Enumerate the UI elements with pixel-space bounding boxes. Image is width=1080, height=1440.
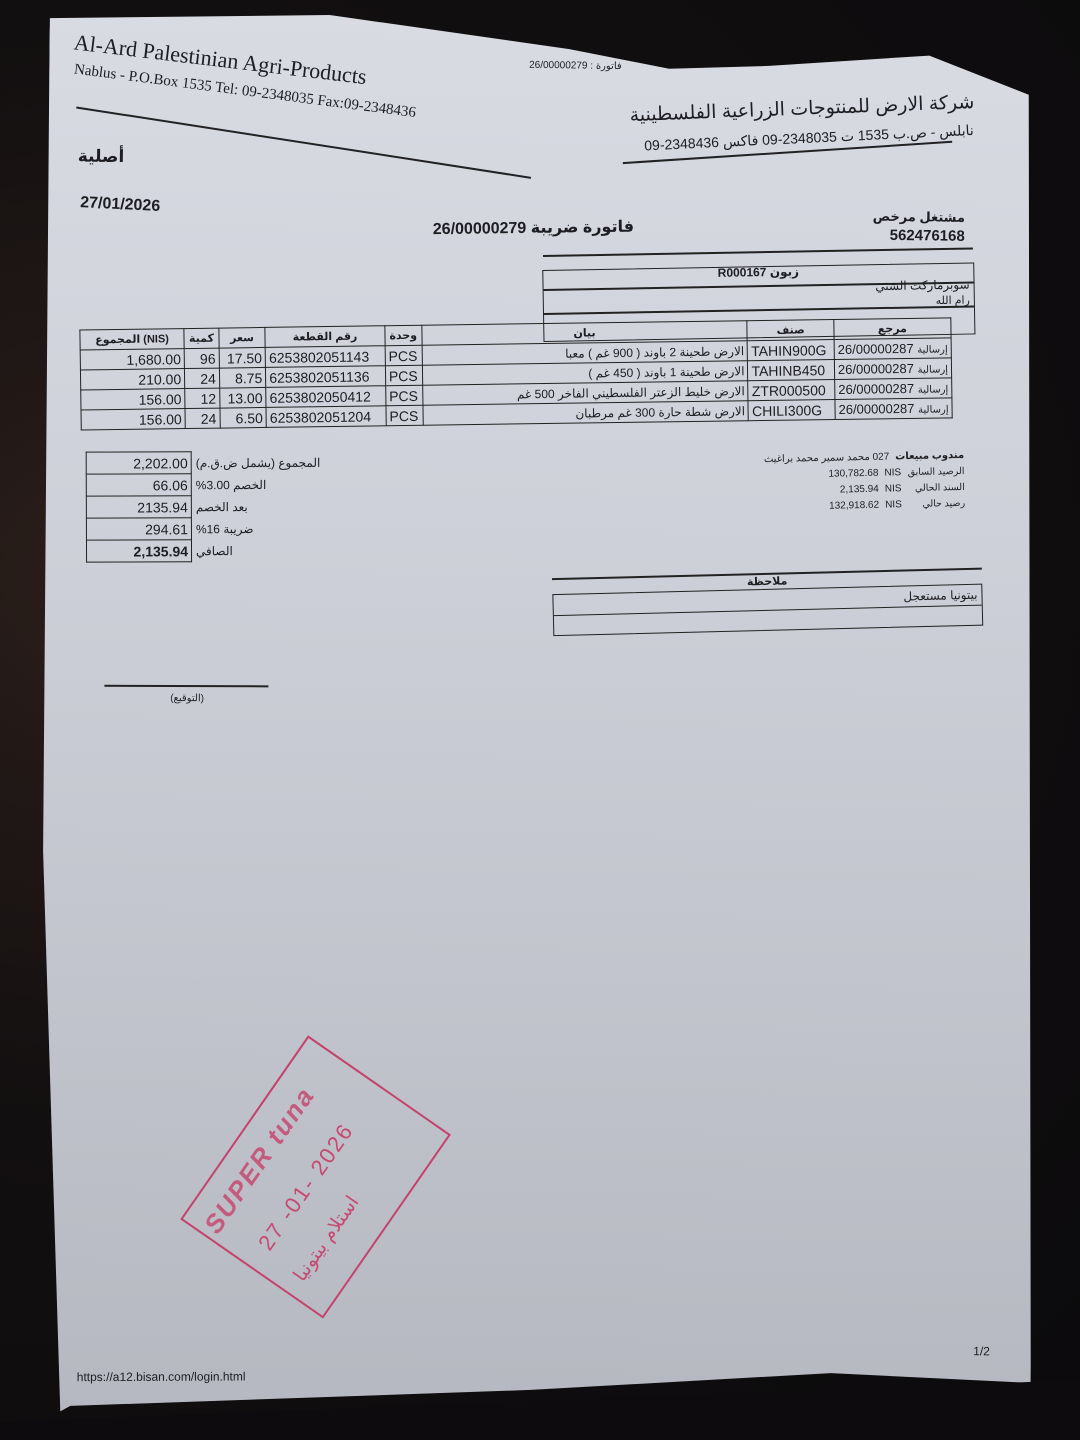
licensed-dealer-number: 562476168 xyxy=(890,227,965,245)
customer-box-divider xyxy=(544,305,974,314)
balance-label: رصيد حالي xyxy=(913,497,965,509)
totals-table: 2,202.00 المجموع (يشمل ض.ق.م) 66.06 الخص… xyxy=(86,451,323,563)
row-reference-number: 26/00000287 xyxy=(838,401,914,417)
row-reference-number: 26/00000287 xyxy=(838,381,914,397)
phone-number: 09-2348035 xyxy=(762,128,837,148)
salesman-label: مندوب مبيعات xyxy=(895,449,964,461)
row-total: 156.00 xyxy=(81,409,185,430)
customer-box-topline xyxy=(543,247,973,256)
row-qty: 12 xyxy=(185,388,220,408)
row-barcode: 6253802050412 xyxy=(266,386,386,408)
signature-line xyxy=(104,685,268,688)
row-price: 13.00 xyxy=(219,387,266,408)
items-table-wrapper: المجموع (NIS) كمية سعر رقم القطعة وحدة ب… xyxy=(79,317,952,430)
tax-label: ضريبة 16% xyxy=(191,517,322,539)
row-unit: PCS xyxy=(386,405,423,426)
col-price: سعر xyxy=(219,327,266,348)
after-discount-value: 2135.94 xyxy=(86,496,191,518)
discount-value: 66.06 xyxy=(86,474,191,496)
discount-label: الخصم 3.00% xyxy=(191,473,322,495)
company-name-ar: شركة الارض للمنتوجات الزراعية الفلسطينية xyxy=(629,91,975,127)
fax-label-ar: فاكس xyxy=(723,132,759,150)
licensed-dealer-label: مشتغل مرخص xyxy=(873,209,966,226)
row-price: 17.50 xyxy=(219,347,266,368)
row-price: 8.75 xyxy=(219,367,266,388)
col-qty: كمية xyxy=(184,328,219,348)
row-reference-type: إرسالية xyxy=(917,364,948,375)
items-table: المجموع (NIS) كمية سعر رقم القطعة وحدة ب… xyxy=(79,317,952,430)
customer-city: رام الله xyxy=(936,294,970,308)
totals-block: 2,202.00 المجموع (يشمل ض.ق.م) 66.06 الخص… xyxy=(86,451,323,563)
balance-amount: 2,135.94 xyxy=(809,483,879,495)
col-unit: وحدة xyxy=(385,325,422,346)
totals-row-net: 2,135.94 الصافي xyxy=(86,539,322,562)
row-barcode: 6253802051143 xyxy=(265,346,385,368)
stamp-brand: SUPER tuna xyxy=(198,1081,321,1240)
row-reference-number: 26/00000287 xyxy=(838,341,914,357)
invoice-paper: Al-Ard Palestinian Agri-Products Nablus … xyxy=(30,11,1049,1425)
balance-currency: NIS xyxy=(885,499,907,510)
tax-value: 294.61 xyxy=(86,518,191,540)
row-total: 1,680.00 xyxy=(80,349,184,370)
row-reference-type: إرسالية xyxy=(917,344,948,355)
invoice-date: 27/01/2026 xyxy=(80,194,161,216)
subtotal-label: المجموع (يشمل ض.ق.م) xyxy=(191,451,322,473)
row-reference-type: إرسالية xyxy=(918,384,949,395)
footer-url: https://a12.bisan.com/login.html xyxy=(77,1369,246,1384)
row-reference: إرسالية 26/00000287 xyxy=(834,338,951,360)
row-item-code: TAHIN900G xyxy=(748,339,835,360)
balance-currency: NIS xyxy=(885,483,907,494)
copy-type-label: أصلية xyxy=(78,146,125,167)
row-qty: 96 xyxy=(184,348,219,368)
invoice-reference-label: فاتورة : xyxy=(590,61,622,72)
invoice-reference: فاتورة : 26/00000279 xyxy=(529,60,622,72)
net-value: 2,135.94 xyxy=(86,540,191,562)
col-reference: مرجع xyxy=(834,318,951,340)
balance-row: 132,918.62NISرصيد حالي xyxy=(765,495,966,515)
customer-id-label: زبون xyxy=(770,265,799,280)
row-qty: 24 xyxy=(185,408,220,428)
net-label: الصافي xyxy=(191,539,322,561)
notes-divider xyxy=(554,604,982,616)
col-total: المجموع (NIS) xyxy=(80,329,184,350)
row-reference: إرسالية 26/00000287 xyxy=(834,358,951,380)
totals-row-discount: 66.06 الخصم 3.00% xyxy=(86,473,322,496)
after-discount-label: بعد الخصم xyxy=(191,495,322,517)
row-qty: 24 xyxy=(185,368,220,388)
fax-number: 09-2348436 xyxy=(644,134,719,154)
notes-text: بيتونيا مستعجل xyxy=(903,587,977,603)
row-reference: إرسالية 26/00000287 xyxy=(835,378,952,400)
row-item-code: CHILI300G xyxy=(748,399,835,420)
row-barcode: 6253802051204 xyxy=(266,406,386,428)
invoice-title: فاتورة ضريبة 26/00000279 xyxy=(433,217,634,239)
row-reference-type: إرسالية xyxy=(918,404,949,415)
balances-block: مندوب مبيعات 027 محمد سمير محمد براغيث 1… xyxy=(764,447,966,515)
balance-currency: NIS xyxy=(884,467,906,478)
notes-box: ملاحظة بيتونيا مستعجل xyxy=(552,583,983,635)
row-item-code: ZTR000500 xyxy=(748,379,835,400)
page-number: 1/2 xyxy=(973,1344,990,1358)
balance-label: السند الحالي xyxy=(913,481,965,493)
customer-id-value: R000167 xyxy=(718,265,767,280)
row-reference-number: 26/00000287 xyxy=(838,361,914,377)
address-prefix-ar: نابلس - ص.ب 1535 ت xyxy=(841,122,975,144)
col-barcode: رقم القطعة xyxy=(265,326,385,348)
totals-row-tax: 294.61 ضريبة 16% xyxy=(86,517,322,540)
row-total: 156.00 xyxy=(81,389,185,410)
invoice-reference-number: 26/00000279 xyxy=(529,60,588,72)
row-unit: PCS xyxy=(385,365,422,386)
row-unit: PCS xyxy=(386,385,423,406)
row-unit: PCS xyxy=(385,345,422,366)
row-price: 6.50 xyxy=(220,407,267,428)
customer-name: سوبرماركت الشني xyxy=(875,278,969,294)
col-item-code: صنف xyxy=(747,319,834,340)
invoice-number: 26/00000279 xyxy=(433,220,527,238)
balance-amount: 130,782.68 xyxy=(808,467,878,479)
row-description: الارض شطة حارة 300 غم مرطبان xyxy=(423,401,749,426)
row-total: 210.00 xyxy=(80,369,184,390)
totals-row-after-discount: 2135.94 بعد الخصم xyxy=(86,495,322,518)
row-reference: إرسالية 26/00000287 xyxy=(835,398,952,420)
signature-label: (التوقيع) xyxy=(170,693,204,704)
invoice-title-label: فاتورة ضريبة xyxy=(531,219,634,237)
received-stamp: SUPER tuna 27 -01- 2026 استلام بيتونيا xyxy=(180,1035,451,1318)
balance-label: الرصيد السابق xyxy=(912,465,964,477)
header-divider-left xyxy=(76,106,531,178)
subtotal-value: 2,202.00 xyxy=(86,452,191,474)
notes-block: ملاحظة بيتونيا مستعجل xyxy=(552,568,983,636)
totals-row-subtotal: 2,202.00 المجموع (يشمل ض.ق.م) xyxy=(86,451,322,474)
balance-amount: 132,918.62 xyxy=(809,499,879,511)
row-item-code: TAHINB450 xyxy=(748,359,835,380)
row-barcode: 6253802051136 xyxy=(266,366,386,388)
salesman-value: 027 محمد سمير محمد براغيث xyxy=(764,451,890,465)
